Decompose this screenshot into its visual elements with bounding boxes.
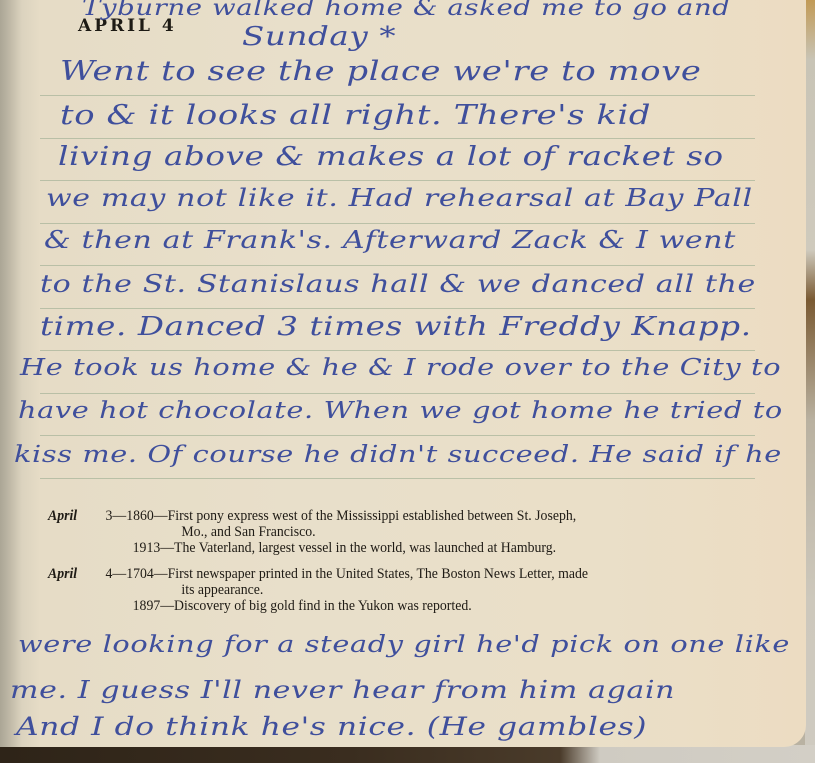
dash: — <box>154 508 168 524</box>
event-block-april-4: April 4 — 1704 — First newspaper printed… <box>48 566 710 614</box>
diary-page: APRIL 4 Tyburne walked home & asked me t… <box>0 0 806 747</box>
handwritten-line: were looking for a steady girl he'd pick… <box>18 632 790 658</box>
handwritten-line: to & it looks all right. There's kid <box>60 100 651 131</box>
handwritten-line: me. I guess I'll never hear from him aga… <box>10 676 675 704</box>
event-year: 1860 <box>126 508 154 524</box>
event-month: April <box>48 566 98 582</box>
dash: — <box>112 566 126 582</box>
ruled-line <box>40 265 755 266</box>
event-block-april-3: April 3 — 1860 — First pony express west… <box>48 508 710 556</box>
ruled-line <box>40 180 755 181</box>
event-day: 4 <box>98 566 113 582</box>
event-text: The Vaterland, largest vessel in the wor… <box>174 540 710 556</box>
ruled-line <box>40 393 755 394</box>
handwritten-line: He took us home & he & I rode over to th… <box>20 355 781 381</box>
event-year: 1897 <box>133 598 161 614</box>
ruled-line <box>40 478 755 479</box>
event-year: 1913 <box>133 540 161 556</box>
event-text: First pony express west of the Mississip… <box>168 508 711 524</box>
event-day: 3 <box>98 508 113 524</box>
handwritten-line: Tyburne walked home & asked me to go and <box>82 0 731 21</box>
handwritten-line: & then at Frank's. Afterward Zack & I we… <box>44 226 736 254</box>
dash: — <box>160 540 174 556</box>
handwritten-line: we may not like it. Had rehearsal at Bay… <box>46 184 753 212</box>
ruled-line <box>40 308 755 309</box>
event-continuation: Mo., and San Francisco. <box>48 524 710 540</box>
event-text: Discovery of big gold find in the Yukon … <box>174 598 710 614</box>
event-month: April <box>48 508 98 524</box>
event-year: 1704 <box>126 566 154 582</box>
handwritten-line: time. Danced 3 times with Freddy Knapp. <box>40 312 752 342</box>
ruled-line <box>40 223 755 224</box>
ruled-line <box>40 95 755 96</box>
event-row: 1897 — Discovery of big gold find in the… <box>48 598 710 614</box>
event-row: April 3 — 1860 — First pony express west… <box>48 508 710 524</box>
event-text: First newspaper printed in the United St… <box>168 566 711 582</box>
background-surface-right <box>805 0 815 763</box>
handwritten-line: have hot chocolate. When we got home he … <box>18 398 783 424</box>
dash: — <box>154 566 168 582</box>
event-row: April 4 — 1704 — First newspaper printed… <box>48 566 710 582</box>
handwritten-line: living above & makes a lot of racket so <box>58 142 724 172</box>
handwritten-line: kiss me. Of course he didn't succeed. He… <box>14 442 782 468</box>
almanac-events: April 3 — 1860 — First pony express west… <box>48 508 710 624</box>
ruled-line <box>40 435 755 436</box>
handwritten-line: Sunday * <box>242 22 396 52</box>
ruled-line <box>40 350 755 351</box>
dash: — <box>112 508 126 524</box>
dash: — <box>160 598 174 614</box>
background-shadow-bottom <box>0 745 815 763</box>
handwritten-line: to the St. Stanislaus hall & we danced a… <box>40 270 756 298</box>
event-continuation: its appearance. <box>48 582 710 598</box>
handwritten-line: And I do think he's nice. (He gambles) <box>16 712 647 741</box>
handwritten-line: Went to see the place we're to move <box>60 56 702 87</box>
event-row: 1913 — The Vaterland, largest vessel in … <box>48 540 710 556</box>
ruled-line <box>40 138 755 139</box>
